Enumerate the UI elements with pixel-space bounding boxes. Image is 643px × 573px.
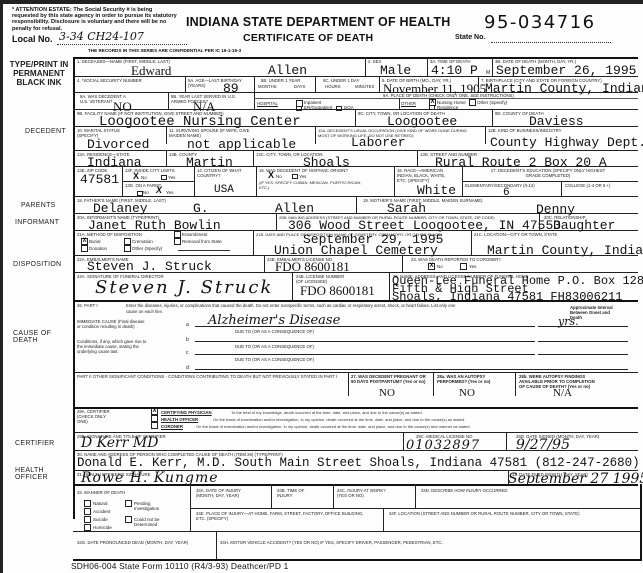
hispanic-specify-note: (If yes, specify Cuban, Mexican, Puerto … [259,180,369,190]
local-no-value: 3-34 CH24-107 [59,30,144,43]
divider [561,181,562,196]
autopsy-findings-value: N/A [553,387,572,399]
divider [538,326,628,327]
local-no-line [57,44,187,45]
location-label: 21c. LOCATION—City or Town, State [474,232,557,237]
document-title: CERTIFICATE OF DEATH [243,32,373,44]
divider [73,531,641,532]
divider [73,372,638,373]
decedent-section-label: DECEDENT [25,128,66,135]
method-label: 21a. METHOD OF DISPOSITION [77,232,142,237]
entombment-checkbox[interactable] [174,231,181,238]
donation-checkbox[interactable] [81,245,88,252]
divider [292,272,293,300]
divider [492,109,493,126]
pending-label: Pending Investigation [134,501,164,511]
divider [73,76,638,77]
divider [73,272,638,273]
divider [433,372,434,396]
divider [166,126,167,144]
part2-label: PART II Other significant conditions - C… [77,374,337,379]
on-farm-no-label: No [143,190,149,195]
race-label: 16. RACE—American Indian, Black, White, … [397,168,447,183]
divider [254,76,255,92]
immediate-cause-label: IMMEDIATE CAUSE (Final disease or condit… [77,319,147,329]
injury-right-border [640,484,642,559]
divider [333,484,334,508]
at-work-label: 34c. INJURY AT WORK? (Yes or no) [337,488,387,498]
citizen-value: USA [214,184,234,196]
suicide-checkbox[interactable] [84,516,91,523]
certificate-number: 95-034716 [484,12,596,33]
divider [506,432,507,450]
divider [194,166,195,196]
divider [73,230,638,231]
natural-checkbox[interactable] [84,500,91,507]
pending-checkbox[interactable] [125,500,132,507]
divider [365,57,366,76]
natural-label: Natural [93,501,108,506]
death-certificate: * ATTENTION ESTATE: The Social Security … [0,0,643,573]
divider [348,372,349,396]
accident-checkbox[interactable] [84,508,91,515]
divider [166,150,167,166]
entombment-label: Entombment [182,232,208,237]
divider [73,484,638,486]
divider [264,255,265,272]
other-specify-checkbox[interactable] [469,99,476,106]
undetermined-label: Could not be Determined [134,517,169,527]
certifying-physician-label: CERTIFYING PHYSICIAN [161,410,212,415]
coroner-text: On the basis of examination and/or inves… [196,424,471,429]
divider [253,230,254,255]
divider [73,166,638,167]
divider [271,484,272,508]
hospital-label: HOSPITAL [257,101,278,106]
elementary-label: Elementary/Secondary (0-12) [465,183,535,188]
removal-label: Removal from State [182,239,222,244]
homicide-label: Homicide [93,525,112,530]
under-1-year-label: 5b. UNDER 1 YEAR [261,78,300,83]
hispanic-yes-label: Yes [299,174,306,179]
divider [276,213,277,230]
homicide-checkbox[interactable] [84,524,91,531]
zip-value: 47581 [80,173,119,187]
place-injury-label: 34e. PLACE OF INJURY—At home, farm, stre… [196,511,366,521]
other-label: OTHER [401,101,416,106]
pregnant-label: 27. WAS DECEDENT PREGNANT OR 90 DAYS POS… [351,374,431,384]
cause-of-death-section-label: CAUSE OF DEATH [13,330,53,344]
divider [73,255,638,256]
occupation-value: Laborer [351,136,406,150]
manner-label: 33. MANNER OF DEATH [77,490,125,495]
divider [389,272,390,300]
divider [185,76,186,92]
industry-label: 12b. KIND OF BUSINESS/INDUSTRY [488,128,561,133]
suicide-label: Suicide [93,517,108,522]
divider [427,57,428,76]
state-no-line [491,42,611,43]
fd-license: FDO 8600181 [300,284,375,298]
divider [471,230,472,255]
divider [315,126,316,144]
divider [539,213,540,230]
line-a-marker: a [186,322,189,328]
completer-value: Donald E. Kerr, M.D. South Main Street S… [77,456,640,470]
autopsy-value: NO [459,387,475,399]
hispanic-no-checkbox[interactable]: X [268,173,273,178]
certifier-section-label: CERTIFIER [15,440,55,447]
divider [394,166,395,196]
due-to-a: DUE TO (OR AS A CONSEQUENCE OF) [235,329,314,334]
divider [515,372,516,396]
removal-checkbox[interactable] [174,238,181,245]
pregnant-value: NO [379,387,395,399]
health-officer-option-label: HEALTH OFFICER [161,417,198,422]
divider [256,166,257,196]
divider [195,369,628,370]
coroner-checkbox[interactable] [151,422,158,429]
health-officer-checkbox[interactable] [151,415,158,422]
certifying-physician-checkbox[interactable]: X [151,408,158,415]
divider [216,531,217,559]
divider [478,76,479,92]
minutes-label: Minutes [355,84,374,89]
citizen-label: 14. CITIZEN OF WHAT COUNTRY? [197,168,252,178]
line-d-marker: d [186,365,189,371]
date-injury-label: 34a. DATE OF INJURY (Month, Day, Year) [196,488,256,498]
conditions-label: Conditions, if any, which gave rise to t… [77,339,147,354]
days-label: Days [294,84,305,89]
divider [195,354,535,355]
divider [195,341,535,342]
confidential-note: THE RECORDS IN THIS SERIES ARE CONFIDENT… [88,48,241,53]
divider [254,98,638,99]
part1-label: 26. PART I [77,303,98,308]
local-no-label: Local No. [12,34,53,44]
elementary-value: 6 [503,187,510,199]
line-b-marker: b [186,337,189,343]
informant-section-label: INFORMANT [15,219,59,226]
divider [383,508,384,531]
industry-value: County Highway Dept. [490,136,643,150]
pronounced-label: 34g. DATE PRONOUNCED DEAD (Month, Day, Y… [77,540,188,545]
time-injury-label: 34b. TIME OF INJURY [277,488,312,498]
divider [379,76,380,92]
burial-checkbox[interactable]: X [81,238,88,245]
divider [73,300,638,302]
donation-label: Donation [89,246,107,251]
divider [195,326,535,327]
inside-city-yes-checkbox[interactable] [161,175,167,180]
autopsy-label: 28a. WAS AN AUTOPSY PERFORMED? (Yes or n… [437,374,497,384]
on-farm-yes-checkbox[interactable]: X [156,188,161,193]
health-officer-section-label: HEALTH OFFICER [15,467,50,481]
burial-label: Burial [89,239,101,244]
cremation-label: Cremation [132,239,153,244]
disposition-section-label: DISPOSITION [13,261,61,268]
divider [253,150,254,166]
hispanic-no-label: No [276,174,282,179]
divider [492,57,493,76]
divider [462,181,638,182]
accident-label: Accident [93,509,110,514]
certifier-label: 29a. CERTIFIER (Check only one) [77,409,117,424]
coroner-no-label: No [437,264,443,269]
divider [73,432,638,433]
divider [417,150,418,166]
divider [399,98,400,109]
other-specify-line [178,250,230,251]
divider [403,432,404,450]
health-officer-text: On the basis of examination and/or inves… [213,417,465,422]
fd-signature: Steven J. Struck [95,277,273,298]
other-specify-label: Other (Specify) [477,100,507,105]
state-no-label: State No. [455,34,485,41]
divider [315,76,316,92]
divider [254,92,255,109]
divider [355,109,356,126]
hours-label: Hours [325,84,341,89]
divider [168,92,169,109]
describe-injury-label: 34d. DESCRIBE HOW INJURY OCCURRED [421,488,508,493]
divider [73,213,638,214]
certifying-physician-text: To the best of my knowledge, death occur… [231,410,423,415]
coroner-option-label: CORONER [161,424,183,429]
under-1-day-label: 5c. UNDER 1 DAY [323,78,359,83]
divider [73,126,638,127]
divider [73,150,638,151]
due-to-b: DUE TO (OR AS A CONSEQUENCE OF) [235,344,314,349]
coroner-yes-label: Yes [469,264,476,269]
coroner-reported-label: 23. WAS DEATH REPORTED TO CORONER? [411,257,501,262]
divider [122,181,194,182]
type-print-label: TYPE/PRINT IN PERMANENT BLACK INK [9,60,69,87]
hispanic-yes-checkbox[interactable] [292,174,298,179]
inside-city-no-label: No [141,175,147,180]
inside-city-no-checkbox[interactable]: X [133,174,138,179]
divider [485,126,486,144]
parents-section-label: PARENTS [21,202,56,209]
attention-notice: * ATTENTION ESTATE: The Social Security … [12,7,180,32]
undetermined-checkbox[interactable] [125,516,132,523]
form-id: SDH06-004 State Form 10110 (R4/3-93) Dea… [71,561,288,571]
divider [538,354,628,355]
college-label: College (1-4 or 5 +) [565,183,611,188]
line-c-marker: c [186,350,189,356]
motor-vehicle-label: 34h. MOTOR VEHICLE ACCIDENT? (Yes or no)… [220,540,443,545]
education-label: 17. DECEDENT'S EDUCATION (Specify only h… [483,168,613,178]
divider [538,341,628,342]
cremation-checkbox[interactable] [124,238,131,245]
coroner-yes-checkbox[interactable] [460,263,467,270]
months-label: Months [258,84,277,89]
due-to-c: DUE TO (OR AS A CONSEQUENCE OF) [235,357,314,362]
divider [415,484,416,508]
divider [402,255,403,272]
inside-city-yes-label: Yes [168,175,175,180]
divider [73,92,638,93]
injury-location-label: 34f. LOCATION (Street and Number or Rura… [389,511,580,516]
coroner-no-checkbox[interactable]: X [428,263,435,270]
certifier-signature: D Kerr MD [81,435,158,451]
other-disposition-label: Other (Specify) [132,246,162,251]
agency-title: INDIANA STATE DEPARTMENT OF HEALTH [186,15,450,29]
ssn-label: 4. *SOCIAL SECURITY NUMBER [77,78,142,83]
on-farm-yes-label: Yes [166,190,173,195]
divider [190,508,641,509]
divider [73,450,638,451]
other-disposition-checkbox[interactable] [124,245,131,252]
divider [356,196,357,213]
